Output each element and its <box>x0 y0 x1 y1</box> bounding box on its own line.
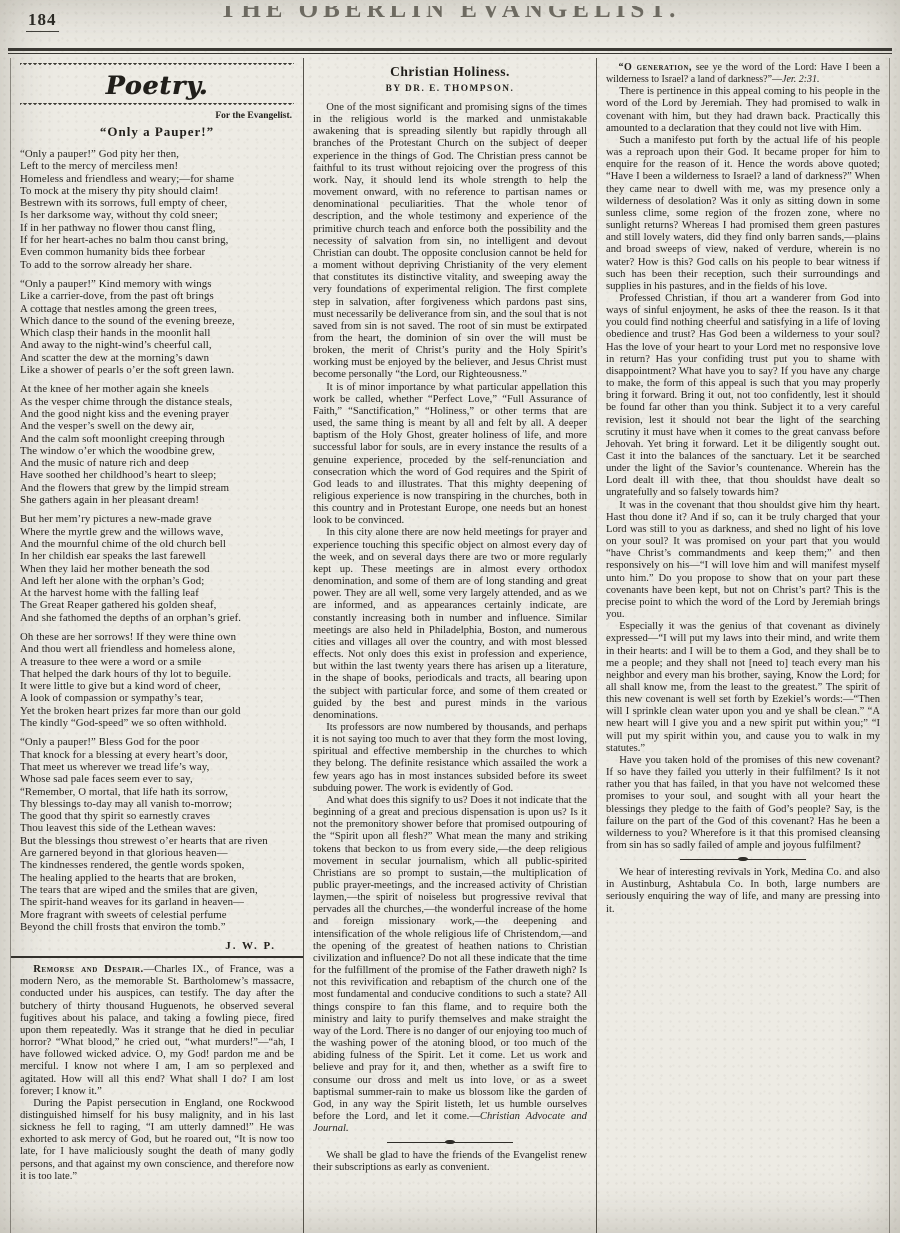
poem-line: But her mem’ry pictures a new-made grave <box>20 513 294 525</box>
separator-rule <box>387 1142 513 1143</box>
poem-line: And the mournful chime of the old church… <box>20 538 294 550</box>
poem-line: “Remember, O mortal, that life hath its … <box>20 786 294 798</box>
poem-title: “Only a Pauper!” <box>20 124 294 140</box>
poem-line: That knock for a blessing at every heart… <box>20 749 294 761</box>
subscription-note: We shall be glad to have the friends of … <box>313 1150 587 1174</box>
poem-line: Like a shower of pearls o’er the soft gr… <box>20 364 294 376</box>
poem-stanza: But her mem’ry pictures a new-made grave… <box>20 513 294 624</box>
stanza-lines: “Only a pauper!” Kind memory with wings … <box>20 278 294 376</box>
poem-stanza: “Only a pauper!” Kind memory with wings … <box>20 278 294 376</box>
separator-rule <box>680 859 806 860</box>
sermon-paragraph: There is pertinence in this appeal comin… <box>606 86 880 135</box>
page-number: 184 <box>26 10 59 32</box>
poem-line: The Great Reaper gathered his golden she… <box>20 599 294 611</box>
article-closing-paragraph: And what does this signify to us? Does i… <box>313 795 587 1135</box>
stanza-lines: But her mem’ry pictures a new-made grave… <box>20 513 294 624</box>
masthead-title: THE OBERLIN EVANGELIST. <box>0 6 900 25</box>
poem-line: If for her heart-aches no balm thou cans… <box>20 234 294 246</box>
poem-line: To add to the sorrow already her share. <box>20 259 294 271</box>
poem-line: And the flowers that grew by the limpid … <box>20 482 294 494</box>
poem-line: Where the myrtle grew and the willows wa… <box>20 526 294 538</box>
poem-line: If in her pathway no flower thou canst f… <box>20 222 294 234</box>
poem-line: The healing applied to the hearts that a… <box>20 872 294 884</box>
column-layout: Poetry. For the Evangelist. “Only a Paup… <box>10 58 890 1233</box>
left-column: Poetry. For the Evangelist. “Only a Paup… <box>11 58 303 1233</box>
poem-line: Yet the broken heart prizes far more tha… <box>20 705 294 717</box>
poem-line: And scatter the dew at the morning’s daw… <box>20 352 294 364</box>
poem-line: Which clasp their hands in the moonlit h… <box>20 327 294 339</box>
poem-line: And thou wert all friendless and homeles… <box>20 643 294 655</box>
poem-line: And left her alone with the orphan’s God… <box>20 575 294 587</box>
poem-line: “Only a pauper!” Bless God for the poor <box>20 736 294 748</box>
epigraph-lead: “O generation, <box>619 62 692 73</box>
poem-line: And the good night kiss and the evening … <box>20 408 294 420</box>
squiggle-rule-bottom <box>20 103 294 107</box>
poem-line: A treasure to thee were a word or a smil… <box>20 656 294 668</box>
poem-line: “Only a pauper!” God pity her then, <box>20 148 294 160</box>
sermon-paragraph: Professed Christian, if thou art a wande… <box>606 293 880 500</box>
poem-line: Even common humanity bids thee forbear <box>20 246 294 258</box>
remorse-paragraph-2: During the Papist persecution in England… <box>20 1098 294 1183</box>
article-paragraph: One of the most significant and promisin… <box>313 102 587 382</box>
poem-line: Oh these are her sorrows! If they were t… <box>20 631 294 643</box>
article-paragraph: Its professors are now numbered by thous… <box>313 722 587 795</box>
remorse-body-1: —Charles IX., of France, was a modern Ne… <box>20 964 294 1097</box>
stanza-lines: “Only a pauper!” God pity her then, Left… <box>20 148 294 271</box>
poem-line: It were little to give but a kind word o… <box>20 680 294 692</box>
poem-stanza: At the knee of her mother again she knee… <box>20 383 294 506</box>
poem-line: Which dance to the sound of the evening … <box>20 315 294 327</box>
epigraph-citation: Jer. 2:31. <box>782 74 820 85</box>
poem-line: Whose sad pale faces seem ever to say, <box>20 773 294 785</box>
poem-line: More fragrant with sweets of celestial p… <box>20 909 294 921</box>
poem-line: In her childish ear speaks the last fare… <box>20 550 294 562</box>
poem-line: The kindly “God-speed” we so often withh… <box>20 717 294 729</box>
poem-line: That meet us wherever we tread life’s wa… <box>20 761 294 773</box>
poem-line: The tears that are wiped and the smiles … <box>20 884 294 896</box>
sermon-paragraph: Have you taken hold of the promises of t… <box>606 755 880 852</box>
poem-stanza: Oh these are her sorrows! If they were t… <box>20 631 294 729</box>
poem-stanza: “Only a pauper!” Bless God for the poor … <box>20 736 294 933</box>
article-body: One of the most significant and promisin… <box>313 102 587 795</box>
article-divider-rule <box>11 956 303 958</box>
poem-line: And the music of nature rich and deep <box>20 457 294 469</box>
poem-line: And she fathomed the depths of an orphan… <box>20 612 294 624</box>
poem-line: Have soothed her childhood’s heart to sl… <box>20 469 294 481</box>
poem-line: At the harvest home with the falling lea… <box>20 587 294 599</box>
masthead-container: THE OBERLIN EVANGELIST. <box>0 6 900 32</box>
poem-line: Left to the mercy of merciless men! <box>20 160 294 172</box>
page-header: 184 THE OBERLIN EVANGELIST. <box>0 6 900 44</box>
poem-line: Thou leavest this side of the Lethean wa… <box>20 822 294 834</box>
poem-line: Thy blessings to-day may all vanish to-m… <box>20 798 294 810</box>
poem-line: And the vesper’s swell on the dewy air, <box>20 420 294 432</box>
right-column: “O generation, see ye the word of the Lo… <box>596 58 889 1233</box>
poem-line: Homeless and friendless and weary;—for s… <box>20 173 294 185</box>
stanza-lines: Oh these are her sorrows! If they were t… <box>20 631 294 729</box>
article-byline: BY DR. E. THOMPSON. <box>313 84 587 94</box>
poem-credit: For the Evangelist. <box>22 111 292 121</box>
sermon-paragraph: It was in the covenant that thou shoulds… <box>606 500 880 622</box>
middle-column: Christian Holiness. BY DR. E. THOMPSON. … <box>303 58 596 1233</box>
poem-line: Bestrewn with its sorrows, full empty of… <box>20 197 294 209</box>
poem-line: At the knee of her mother again she knee… <box>20 383 294 395</box>
poem-line: Beyond the chill frosts that environ the… <box>20 921 294 933</box>
poetry-section-heading: Poetry. <box>20 71 294 100</box>
stanza-lines: “Only a pauper!” Bless God for the poor … <box>20 736 294 933</box>
poem-line: Is her darksome way, without thy cold sn… <box>20 209 294 221</box>
poem-line: A look of compassion or sympathy’s tear, <box>20 692 294 704</box>
article-paragraph: In this city alone there are now held me… <box>313 527 587 722</box>
revivals-note: We hear of interesting revivals in York,… <box>606 867 880 916</box>
header-rule <box>8 48 892 54</box>
remorse-paragraph-1: Remorse and Despair.—Charles IX., of Fra… <box>20 964 294 1098</box>
poem-line: The kindnesses rendered, the gentle word… <box>20 859 294 871</box>
poem-line: The spirit-hand weaves for its garland i… <box>20 896 294 908</box>
poem-line: Are garnered beyond in that glorious hea… <box>20 847 294 859</box>
sermon-body: There is pertinence in this appeal comin… <box>606 86 880 852</box>
newspaper-page: 184 THE OBERLIN EVANGELIST. Poetry. For … <box>0 0 900 1233</box>
poem-stanza: “Only a pauper!” God pity her then, Left… <box>20 148 294 271</box>
scripture-epigraph: “O generation, see ye the word of the Lo… <box>606 62 880 86</box>
poem-line: That helped the dark hours of thy lot to… <box>20 668 294 680</box>
poem-body: “Only a pauper!” God pity her then, Left… <box>20 148 294 933</box>
article-title: Christian Holiness. <box>313 64 587 80</box>
poem-line: The window o’er which the woodbine grew, <box>20 445 294 457</box>
poem-line: “Only a pauper!” Kind memory with wings <box>20 278 294 290</box>
poem-line: But the blessings thou strewest o’er hea… <box>20 835 294 847</box>
poem-line: To mock at the misery thy pity should cl… <box>20 185 294 197</box>
closing-body: And what does this signify to us? Does i… <box>313 795 587 1122</box>
poem-line: And the calm soft moonlight creeping thr… <box>20 433 294 445</box>
poem-line: A cottage that nestles among the green t… <box>20 303 294 315</box>
poem-line: As the vesper chime through the distance… <box>20 396 294 408</box>
poem-line: She gathers again in her pleasant dream! <box>20 494 294 506</box>
squiggle-rule-top <box>20 63 294 67</box>
article-paragraph: It is of minor importance by what partic… <box>313 382 587 528</box>
stanza-lines: At the knee of her mother again she knee… <box>20 383 294 506</box>
poem-line: When they laid her mother beneath the so… <box>20 563 294 575</box>
poem-line: Like a carrier-dove, from the past oft b… <box>20 290 294 302</box>
poem-line: The good that thy spirit so earnestly cr… <box>20 810 294 822</box>
poem-signature: J. W. P. <box>20 940 276 952</box>
poem-line: And away to the night-wind’s cheerful ca… <box>20 339 294 351</box>
remorse-lead: Remorse and Despair. <box>33 964 143 975</box>
sermon-paragraph: Such a manifesto put forth by the actual… <box>606 135 880 293</box>
sermon-paragraph: Especially it was the genius of that cov… <box>606 621 880 755</box>
